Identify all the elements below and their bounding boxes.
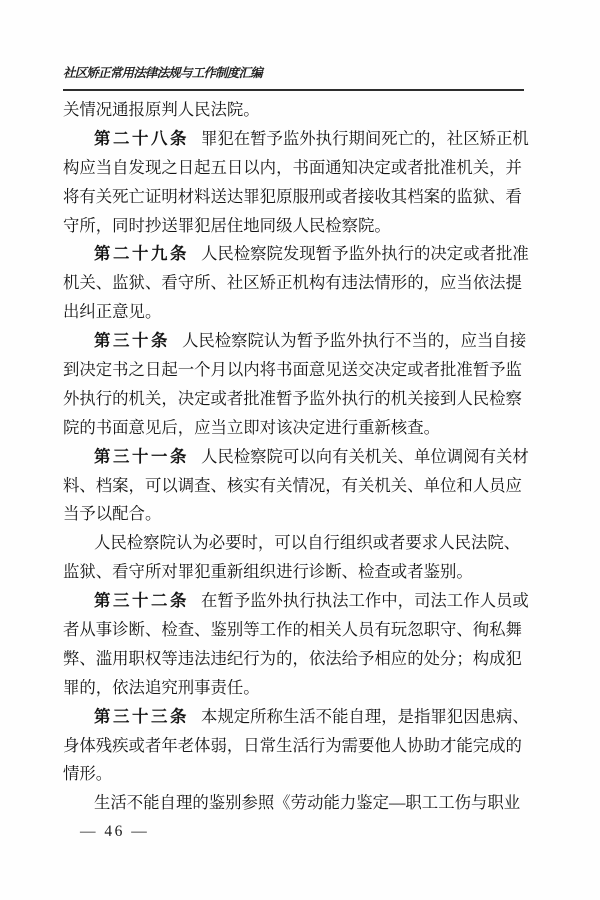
header-rule	[63, 89, 524, 91]
line-text: 机关、监狱、看守所、社区矫正机构有违法情形的，应当依法提	[63, 273, 522, 292]
text-line: 外执行的机关，决定或者批准暂予监外执行的机关接到人民检察	[63, 385, 529, 414]
text-line: 监狱、看守所对罪犯重新组织进行诊断、检查或者鉴别。	[63, 558, 529, 587]
article-number: 第三十一条	[94, 447, 189, 466]
line-text: 到决定书之日起一个月以内将书面意见送交决定或者批准暂予监	[63, 360, 522, 379]
book-page: 社区矫正常用法律法规与工作制度汇编 关情况通报原判人民法院。第二十八条罪犯在暂予…	[0, 0, 600, 900]
line-text: 监狱、看守所对罪犯重新组织进行诊断、检查或者鉴别。	[63, 562, 473, 581]
text-line: 弊、滥用职权等违法违纪行为的，依法给予相应的处分；构成犯	[63, 645, 529, 674]
text-line: 关情况通报原判人民法院。	[63, 96, 529, 125]
text-line: 罪的，依法追究刑事责任。	[63, 674, 529, 703]
line-text: 生活不能自理的鉴别参照《劳动能力鉴定—职工工伤与职业	[94, 793, 520, 812]
line-text: 人民检察院发现暂予监外执行的决定或者批准	[201, 244, 529, 263]
text-line: 到决定书之日起一个月以内将书面意见送交决定或者批准暂予监	[63, 356, 529, 385]
article-number: 第三十二条	[94, 591, 189, 610]
text-line: 身体残疾或者年老体弱，日常生活行为需要他人协助才能完成的	[63, 732, 529, 761]
line-text: 将有关死亡证明材料送达罪犯原服刑或者接收其档案的监狱、看	[63, 187, 522, 206]
text-line: 当予以配合。	[63, 500, 529, 529]
text-line: 人民检察院认为必要时，可以自行组织或者要求人民法院、	[63, 529, 529, 558]
article-number: 第二十八条	[94, 129, 189, 148]
article-number: 第二十九条	[94, 244, 189, 263]
line-text: 当予以配合。	[63, 504, 161, 523]
article-line: 第二十八条罪犯在暂予监外执行期间死亡的，社区矫正机	[63, 125, 529, 154]
article-line: 第三十三条本规定所称生活不能自理，是指罪犯因患病、	[63, 703, 529, 732]
text-line: 情形。	[63, 760, 529, 789]
line-text: 弊、滥用职权等违法违纪行为的，依法给予相应的处分；构成犯	[63, 649, 522, 668]
article-line: 第三十条人民检察院认为暂予监外执行不当的，应当自接	[63, 327, 529, 356]
line-text: 人民检察院可以向有关机关、单位调阅有关材	[201, 447, 529, 466]
line-text: 者从事诊断、检查、鉴别等工作的相关人员有玩忽职守、徇私舞	[63, 620, 522, 639]
article-line: 第二十九条人民检察院发现暂予监外执行的决定或者批准	[63, 240, 529, 269]
text-line: 者从事诊断、检查、鉴别等工作的相关人员有玩忽职守、徇私舞	[63, 616, 529, 645]
line-text: 人民检察院认为必要时，可以自行组织或者要求人民法院、	[94, 533, 520, 552]
line-text: 构应当自发现之日起五日以内，书面通知决定或者批准机关，并	[63, 158, 522, 177]
line-text: 情形。	[63, 764, 112, 783]
text-line: 将有关死亡证明材料送达罪犯原服刑或者接收其档案的监狱、看	[63, 183, 529, 212]
article-number: 第三十条	[94, 331, 170, 350]
text-line: 守所，同时抄送罪犯居住地同级人民检察院。	[63, 212, 529, 241]
line-text: 关情况通报原判人民法院。	[63, 100, 260, 119]
running-header-title: 社区矫正常用法律法规与工作制度汇编	[63, 63, 262, 81]
text-line: 生活不能自理的鉴别参照《劳动能力鉴定—职工工伤与职业	[63, 789, 529, 818]
article-number: 第三十三条	[94, 707, 189, 726]
line-text: 罪的，依法追究刑事责任。	[63, 678, 260, 697]
line-text: 本规定所称生活不能自理，是指罪犯因患病、	[201, 707, 529, 726]
line-text: 守所，同时抄送罪犯居住地同级人民检察院。	[63, 216, 391, 235]
text-line: 出纠正意见。	[63, 298, 529, 327]
page-number: — 46 —	[80, 823, 149, 841]
text-line: 机关、监狱、看守所、社区矫正机构有违法情形的，应当依法提	[63, 269, 529, 298]
text-line: 料、档案，可以调查、核实有关情况，有关机关、单位和人员应	[63, 472, 529, 501]
line-text: 院的书面意见后，应当立即对该决定进行重新核查。	[63, 418, 440, 437]
text-line: 院的书面意见后，应当立即对该决定进行重新核查。	[63, 414, 529, 443]
article-line: 第三十二条在暂予监外执行执法工作中，司法工作人员或	[63, 587, 529, 616]
line-text: 人民检察院认为暂予监外执行不当的，应当自接	[182, 331, 526, 350]
article-line: 第三十一条人民检察院可以向有关机关、单位调阅有关材	[63, 443, 529, 472]
line-text: 外执行的机关，决定或者批准暂予监外执行的机关接到人民检察	[63, 389, 522, 408]
line-text: 身体残疾或者年老体弱，日常生活行为需要他人协助才能完成的	[63, 736, 522, 755]
line-text: 料、档案，可以调查、核实有关情况，有关机关、单位和人员应	[63, 476, 522, 495]
page-body-text: 关情况通报原判人民法院。第二十八条罪犯在暂予监外执行期间死亡的，社区矫正机构应当…	[63, 96, 529, 818]
text-line: 构应当自发现之日起五日以内，书面通知决定或者批准机关，并	[63, 154, 529, 183]
line-text: 出纠正意见。	[63, 302, 161, 321]
line-text: 罪犯在暂予监外执行期间死亡的，社区矫正机	[201, 129, 529, 148]
line-text: 在暂予监外执行执法工作中，司法工作人员或	[201, 591, 529, 610]
